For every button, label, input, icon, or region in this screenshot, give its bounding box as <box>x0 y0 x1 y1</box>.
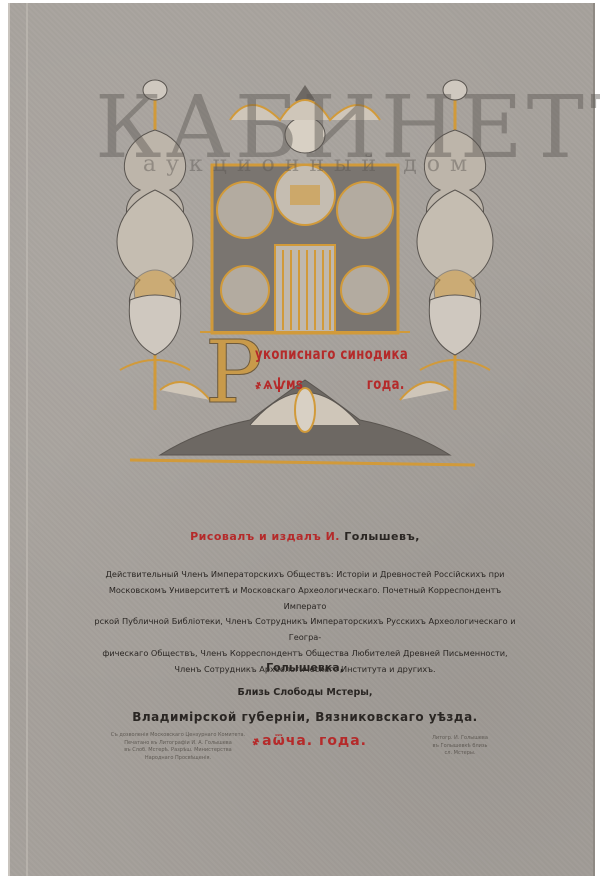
place-province: Владимірской губерніи, Вязниковскаго уѣз… <box>90 710 520 724</box>
publication-year-word: года. <box>319 733 367 749</box>
imprint-line: сл. Мстеры. <box>420 750 500 758</box>
title-year-word: года. <box>367 375 405 393</box>
title-line-2: ҂ѧѱмѕ года. <box>255 375 405 393</box>
cover-edge-line <box>26 3 28 876</box>
imprint-line: Печатано въ Литографіи И. А. Голышева <box>108 740 248 748</box>
titles-line: рской Публичной Библіотеки, Членъ Сотруд… <box>90 614 520 646</box>
place-near: Близь Слободы Мстеры, <box>90 687 520 698</box>
place-village: Голышевка, <box>90 661 520 674</box>
imprint-line: Литогр. И. Голышева <box>420 735 500 743</box>
author-line: Рисовалъ и издалъ И. Голышевъ, <box>90 530 520 543</box>
imprint-line: въ Голышевкѣ близь <box>420 743 500 751</box>
titles-line: Действительный Членъ Императорскихъ Обще… <box>90 567 520 583</box>
author-initial: И. <box>326 530 340 543</box>
author-prefix: Рисовалъ и издалъ <box>190 530 325 543</box>
titles-line: Московскомъ Университетѣ и Московскаго А… <box>90 583 520 615</box>
titles-line: фическаго Обществъ, Членъ Корреспондентъ… <box>90 646 520 662</box>
imprint-line: въ Слоб. Мстерѣ. Разрѣш. Министерства <box>108 747 248 755</box>
title-line-1: укописнаго синодика <box>255 345 408 363</box>
watermark-subtitle: аукционный дом <box>140 152 480 177</box>
imprint-right: Литогр. И. Голышева въ Голышевкѣ близь с… <box>420 735 500 758</box>
publication-year: ҂аѿча. года. <box>252 733 367 749</box>
imprint-left: Съ дозволенія Московскаго Цензурнаго Ком… <box>108 732 248 762</box>
imprint-line: Народнаго Просвѣщенія. <box>108 755 248 763</box>
publication-year-number: ҂аѿча. <box>252 733 313 749</box>
author-name: Голышевъ, <box>340 530 420 543</box>
imprint-line: Съ дозволенія Московскаго Цензурнаго Ком… <box>108 732 248 740</box>
title-initial-letter: Р <box>205 330 263 416</box>
title-year: ҂ѧѱмѕ <box>255 375 303 393</box>
